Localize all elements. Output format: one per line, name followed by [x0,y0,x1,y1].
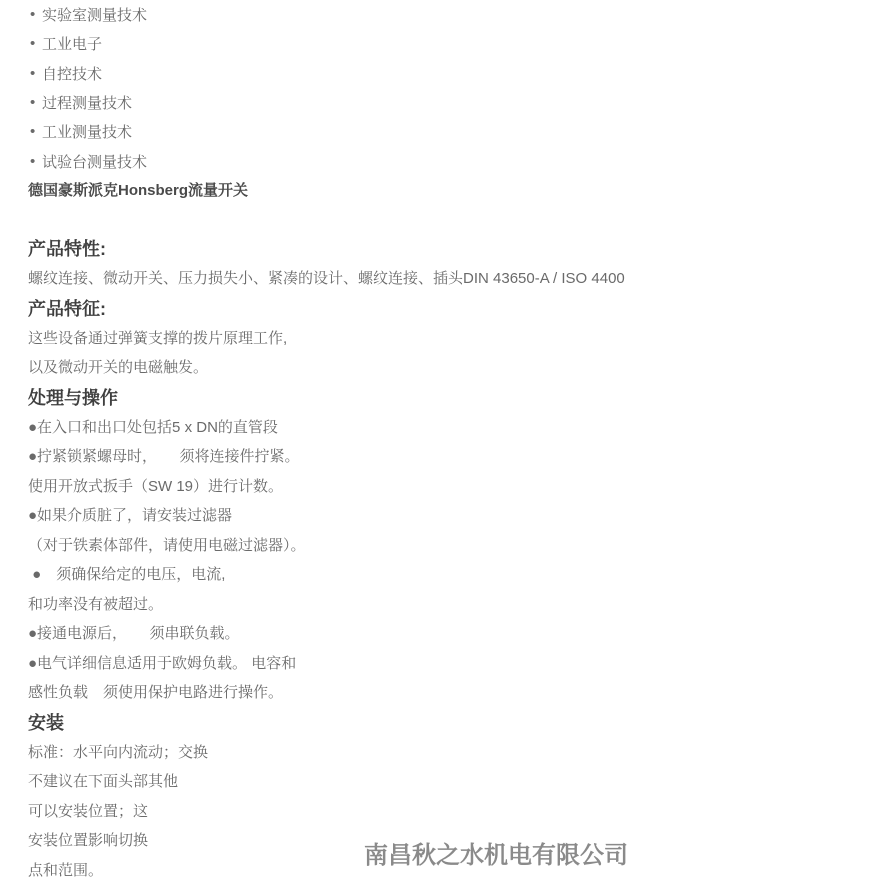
product-detail-page: • 实验室测量技术 • 工业电子 • 自控技术 • 过程测量技术 • 工业测量技… [0,0,870,881]
bullet-icon: • [30,94,42,111]
text-line: ●电气详细信息适用于欧姆负载。 电容和 [28,649,870,679]
section-heading-handling-operation: 处理与操作 [28,383,870,413]
text-line: 可以安装位置；这 [28,797,870,827]
list-item-label: 过程测量技术 [42,92,132,113]
text-line: （对于铁素体部件，请使用电磁过滤器）。 [28,531,870,561]
product-title: 德国豪斯派克Honsberg流量开关 [28,176,870,206]
text-line: 感性负载 须使用保护电路进行操作。 [28,678,870,708]
bullet-icon: • [30,35,42,52]
list-item: • 工业测量技术 [28,117,870,146]
text-line: 和功率没有被超过。 [28,590,870,620]
text-line: ●接通电源后， 须串联负载。 [28,619,870,649]
list-item: • 试验台测量技术 [28,146,870,175]
bullet-icon: • [30,6,42,23]
list-item: • 工业电子 [28,29,870,58]
list-item-label: 工业电子 [42,33,102,54]
application-list: • 实验室测量技术 • 工业电子 • 自控技术 • 过程测量技术 • 工业测量技… [28,0,870,176]
text-line: 螺纹连接、微动开关、压力损失小、紧凑的设计、螺纹连接、插头DIN 43650-A… [28,264,870,294]
text-line: ● 须确保给定的电压，电流, [28,560,870,590]
list-item-label: 工业测量技术 [42,121,132,142]
text-line: 不建议在下面头部其他 [28,767,870,797]
text-line: ●如果介质脏了，请安装过滤器 [28,501,870,531]
text-line: 这些设备通过弹簧支撑的拨片原理工作, [28,324,870,354]
text-line: ●拧紧锁紧螺母时， 须将连接件拧紧。 [28,442,870,472]
list-item: • 过程测量技术 [28,88,870,117]
list-item-label: 试验台测量技术 [42,151,147,172]
section-heading-product-features: 产品特性: [28,234,870,264]
company-watermark: 南昌秋之水机电有限公司 [364,835,628,870]
list-item: • 实验室测量技术 [28,0,870,29]
bullet-icon: • [30,153,42,170]
text-line: 以及微动开关的电磁触发。 [28,353,870,383]
section-heading-product-characteristics: 产品特征: [28,294,870,324]
section-heading-installation: 安装 [28,708,870,738]
list-item-label: 实验室测量技术 [42,4,147,25]
list-item: • 自控技术 [28,59,870,88]
text-line: ●在入口和出口处包括5 x DN的直管段 [28,413,870,443]
text-line: 标准：水平向内流动；交换 [28,738,870,768]
spacer [28,205,870,234]
text-line: 使用开放式扳手（SW 19）进行计数。 [28,472,870,502]
list-item-label: 自控技术 [42,63,102,84]
bullet-icon: • [30,123,42,140]
bullet-icon: • [30,65,42,82]
